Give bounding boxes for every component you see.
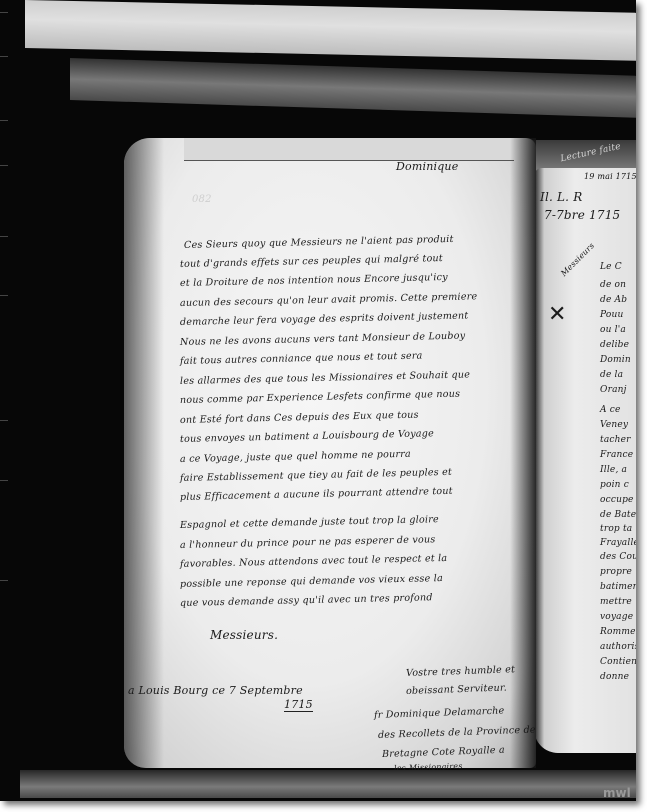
body-line: plus Efficacement a aucune ils pourrant … [180,486,453,503]
right-text-fragment: voyage [600,612,633,622]
binding-edge [0,0,14,801]
letter-page: Dominique 082 Ces Sieurs quoy que Messie… [124,138,536,768]
right-text-fragment: Veney [600,420,628,430]
faint-page-number: 082 [192,194,212,205]
right-text-fragment: Pouu [600,310,624,320]
letter-year: 1715 [284,698,313,712]
signature-line: Vostre tres humble et [406,664,515,679]
body-line: fait tous autres conniance que nous et t… [180,350,423,367]
right-page-reference: Il. L. R [540,190,582,204]
right-text-fragment: delibe [600,340,629,350]
page-header-strip [184,138,514,161]
body-line: et la Droiture de nos intention nous Enc… [180,272,448,289]
right-text-fragment: de on [600,280,626,290]
signature-line: des Recollets de la Province de [378,724,536,741]
body-line: les allarmes des que tous les Missionair… [180,369,470,387]
right-text-fragment: Contien [600,657,636,667]
body-line: tous envoyes un batiment a Louisbourg de… [180,428,434,445]
right-text-fragment: Ille, a [600,465,627,475]
body-line: nous comme par Experience Lesfets confir… [180,389,460,406]
right-text-fragment: de Bate [600,510,636,520]
right-text-fragment: batiment [600,582,636,592]
shadowed-paper-sheet [70,58,636,118]
top-paper-sheet [25,0,636,61]
body-line: Nous ne les avons aucuns vers tant Monsi… [180,331,466,348]
right-text-fragment: Oranj [600,385,627,395]
right-text-fragment: Domin [600,355,631,365]
signature-line: fr Dominique Delamarche [374,705,505,721]
right-text-fragment: poin c [600,480,629,490]
signature-line: Bretagne Cote Royalle a [382,745,505,760]
place-date: a Louis Bourg ce 7 Septembre [128,684,303,697]
body-line: possible une reponse qui demande vos vie… [180,573,443,590]
right-text-fragment: propre [600,567,632,577]
right-text-fragment: mettre [600,597,632,607]
right-text-fragment: Frayalle [600,538,636,548]
right-text-fragment: Romme [600,627,636,637]
right-text-fragment: France [600,450,633,460]
cross-mark-icon: ✕ [548,302,567,327]
body-line: que vous demande assy qu'il avec un tres… [180,592,433,609]
right-page-reference-date: 7-7bre 1715 [544,208,620,222]
right-text-fragment: Le C [600,262,622,272]
right-text-fragment: trop ta [600,524,632,534]
right-text-fragment: de la [600,370,623,380]
right-text-fragment: des Cour [600,552,636,562]
body-line: ont Esté fort dans Ces depuis des Eux qu… [180,410,419,426]
watermark: mwl [603,786,631,800]
body-line: aucun des secours qu'on leur avait promi… [180,291,478,309]
body-line: Ces Sieurs quoy que Messieurs ne l'aient… [184,234,454,251]
signature-line: obeissant Serviteur. [406,682,507,697]
right-text-fragment: authoris [600,642,636,652]
body-line: faire Establissement que tiey au fait de… [180,467,452,484]
right-text-fragment: tacher [600,435,631,445]
right-text-fragment: occupe [600,495,634,505]
body-line: Espagnol et cette demande juste tout tro… [180,514,439,531]
scan-frame: Dominique 082 Ces Sieurs quoy que Messie… [0,0,636,801]
closing-salutation: Messieurs. [210,628,278,642]
right-text-fragment: de Ab [600,295,627,305]
body-line: tout d'grands effets sur ces peuples qui… [180,253,443,270]
bottom-paper-strip [20,770,636,798]
folio-label: Dominique [396,160,458,173]
body-line: favorables. Nous attendons avec tout le … [180,553,448,570]
body-line: a l'honneur du prince pour ne pas espere… [180,534,436,551]
right-text-fragment: ou l'a [600,325,626,335]
right-page-date-stamp: 19 mai 1715 [584,172,636,181]
right-text-fragment: donne [600,672,629,682]
right-text-fragment: A ce [600,405,621,415]
body-line: a ce Voyage, juste que quel homme ne pou… [180,449,411,465]
body-line: demarche leur fera voyage des esprits do… [180,310,469,328]
